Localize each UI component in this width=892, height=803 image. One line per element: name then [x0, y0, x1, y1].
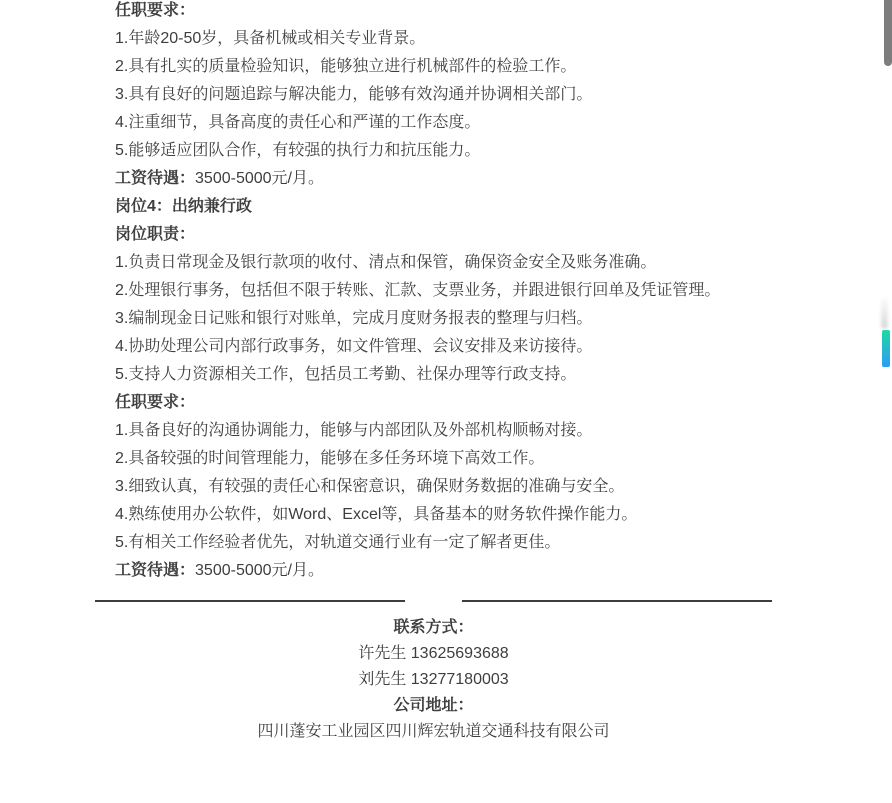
duties-heading: 岗位职责： [95, 221, 772, 249]
position4-title: 岗位4：出纳兼行政 [95, 193, 772, 221]
duty-item: 1.负责日常现金及银行款项的收付、清点和保管，确保资金安全及账务准确。 [95, 249, 772, 277]
duty-item: 4.协助处理公司内部行政事务，如文件管理、会议安排及来访接待。 [95, 333, 772, 361]
salary-label: 工资待遇： [115, 562, 195, 579]
previous-position-requirements-section: 任职要求： 1.年龄20-50岁，具备机械或相关专业背景。 2.具有扎实的质量检… [95, 0, 772, 193]
side-widget-gradient-bar[interactable] [882, 330, 890, 367]
section-divider [95, 600, 772, 602]
requirements-heading: 任职要求： [95, 389, 772, 417]
requirement-item: 4.熟练使用办公软件，如Word、Excel等，具备基本的财务软件操作能力。 [95, 501, 772, 529]
salary-value: 3500-5000元/月。 [195, 562, 324, 579]
job-posting-document: 任职要求： 1.年龄20-50岁，具备机械或相关专业背景。 2.具有扎实的质量检… [95, 0, 772, 745]
contact-line: 许先生 13625693688 [95, 641, 772, 667]
requirement-item: 1.具备良好的沟通协调能力，能够与内部团队及外部机构顺畅对接。 [95, 417, 772, 445]
salary-label: 工资待遇： [115, 170, 195, 187]
requirement-item: 3.细致认真，有较强的责任心和保密意识，确保财务数据的准确与安全。 [95, 473, 772, 501]
contact-heading: 联系方式： [95, 615, 772, 641]
position4-section: 岗位4：出纳兼行政 岗位职责： 1.负责日常现金及银行款项的收付、清点和保管，确… [95, 193, 772, 585]
requirement-item: 5.能够适应团队合作，有较强的执行力和抗压能力。 [95, 137, 772, 165]
salary-line: 工资待遇：3500-5000元/月。 [95, 165, 772, 193]
duty-item: 3.编制现金日记账和银行对账单，完成月度财务报表的整理与归档。 [95, 305, 772, 333]
requirement-item: 2.具备较强的时间管理能力，能够在多任务环境下高效工作。 [95, 445, 772, 473]
requirement-item: 4.注重细节，具备高度的责任心和严谨的工作态度。 [95, 109, 772, 137]
address-heading: 公司地址： [95, 693, 772, 719]
duty-item: 5.支持人力资源相关工作，包括员工考勤、社保办理等行政支持。 [95, 361, 772, 389]
company-address: 四川蓬安工业园区四川辉宏轨道交通科技有限公司 [95, 719, 772, 745]
requirement-item: 2.具有扎实的质量检验知识，能够独立进行机械部件的检验工作。 [95, 53, 772, 81]
requirement-item: 5.有相关工作经验者优先，对轨道交通行业有一定了解者更佳。 [95, 529, 772, 557]
contact-section: 联系方式： 许先生 13625693688 刘先生 13277180003 公司… [95, 615, 772, 745]
divider-left-segment [95, 600, 405, 602]
salary-line: 工资待遇：3500-5000元/月。 [95, 557, 772, 585]
duty-item: 2.处理银行事务，包括但不限于转账、汇款、支票业务，并跟进银行回单及凭证管理。 [95, 277, 772, 305]
salary-value: 3500-5000元/月。 [195, 170, 324, 187]
requirement-item: 3.具有良好的问题追踪与解决能力，能够有效沟通并协调相关部门。 [95, 81, 772, 109]
requirements-heading: 任职要求： [95, 0, 772, 25]
contact-line: 刘先生 13277180003 [95, 667, 772, 693]
side-widget-shadow [881, 295, 888, 329]
scrollbar-thumb[interactable] [884, 0, 892, 66]
divider-right-segment [462, 600, 772, 602]
requirement-item: 1.年龄20-50岁，具备机械或相关专业背景。 [95, 25, 772, 53]
